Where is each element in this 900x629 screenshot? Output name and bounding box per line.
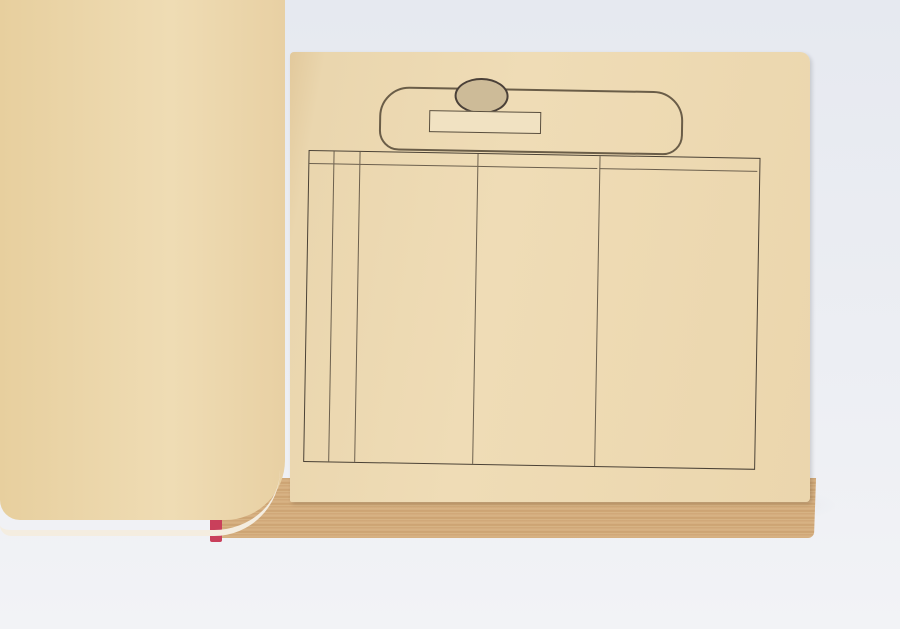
emblem-icon — [454, 78, 509, 115]
sun-note — [607, 175, 757, 178]
calendar-page — [303, 70, 760, 473]
notes-column — [607, 170, 757, 179]
header-notes — [599, 156, 757, 172]
moon-title — [607, 176, 757, 179]
month-box — [429, 110, 541, 134]
calendar-grid — [303, 150, 760, 470]
weather-title — [607, 176, 757, 179]
left-page — [0, 0, 285, 520]
left-page-curl — [0, 470, 280, 536]
weather-text — [607, 176, 757, 179]
moon-phases — [607, 176, 757, 179]
sun-title — [607, 173, 757, 176]
